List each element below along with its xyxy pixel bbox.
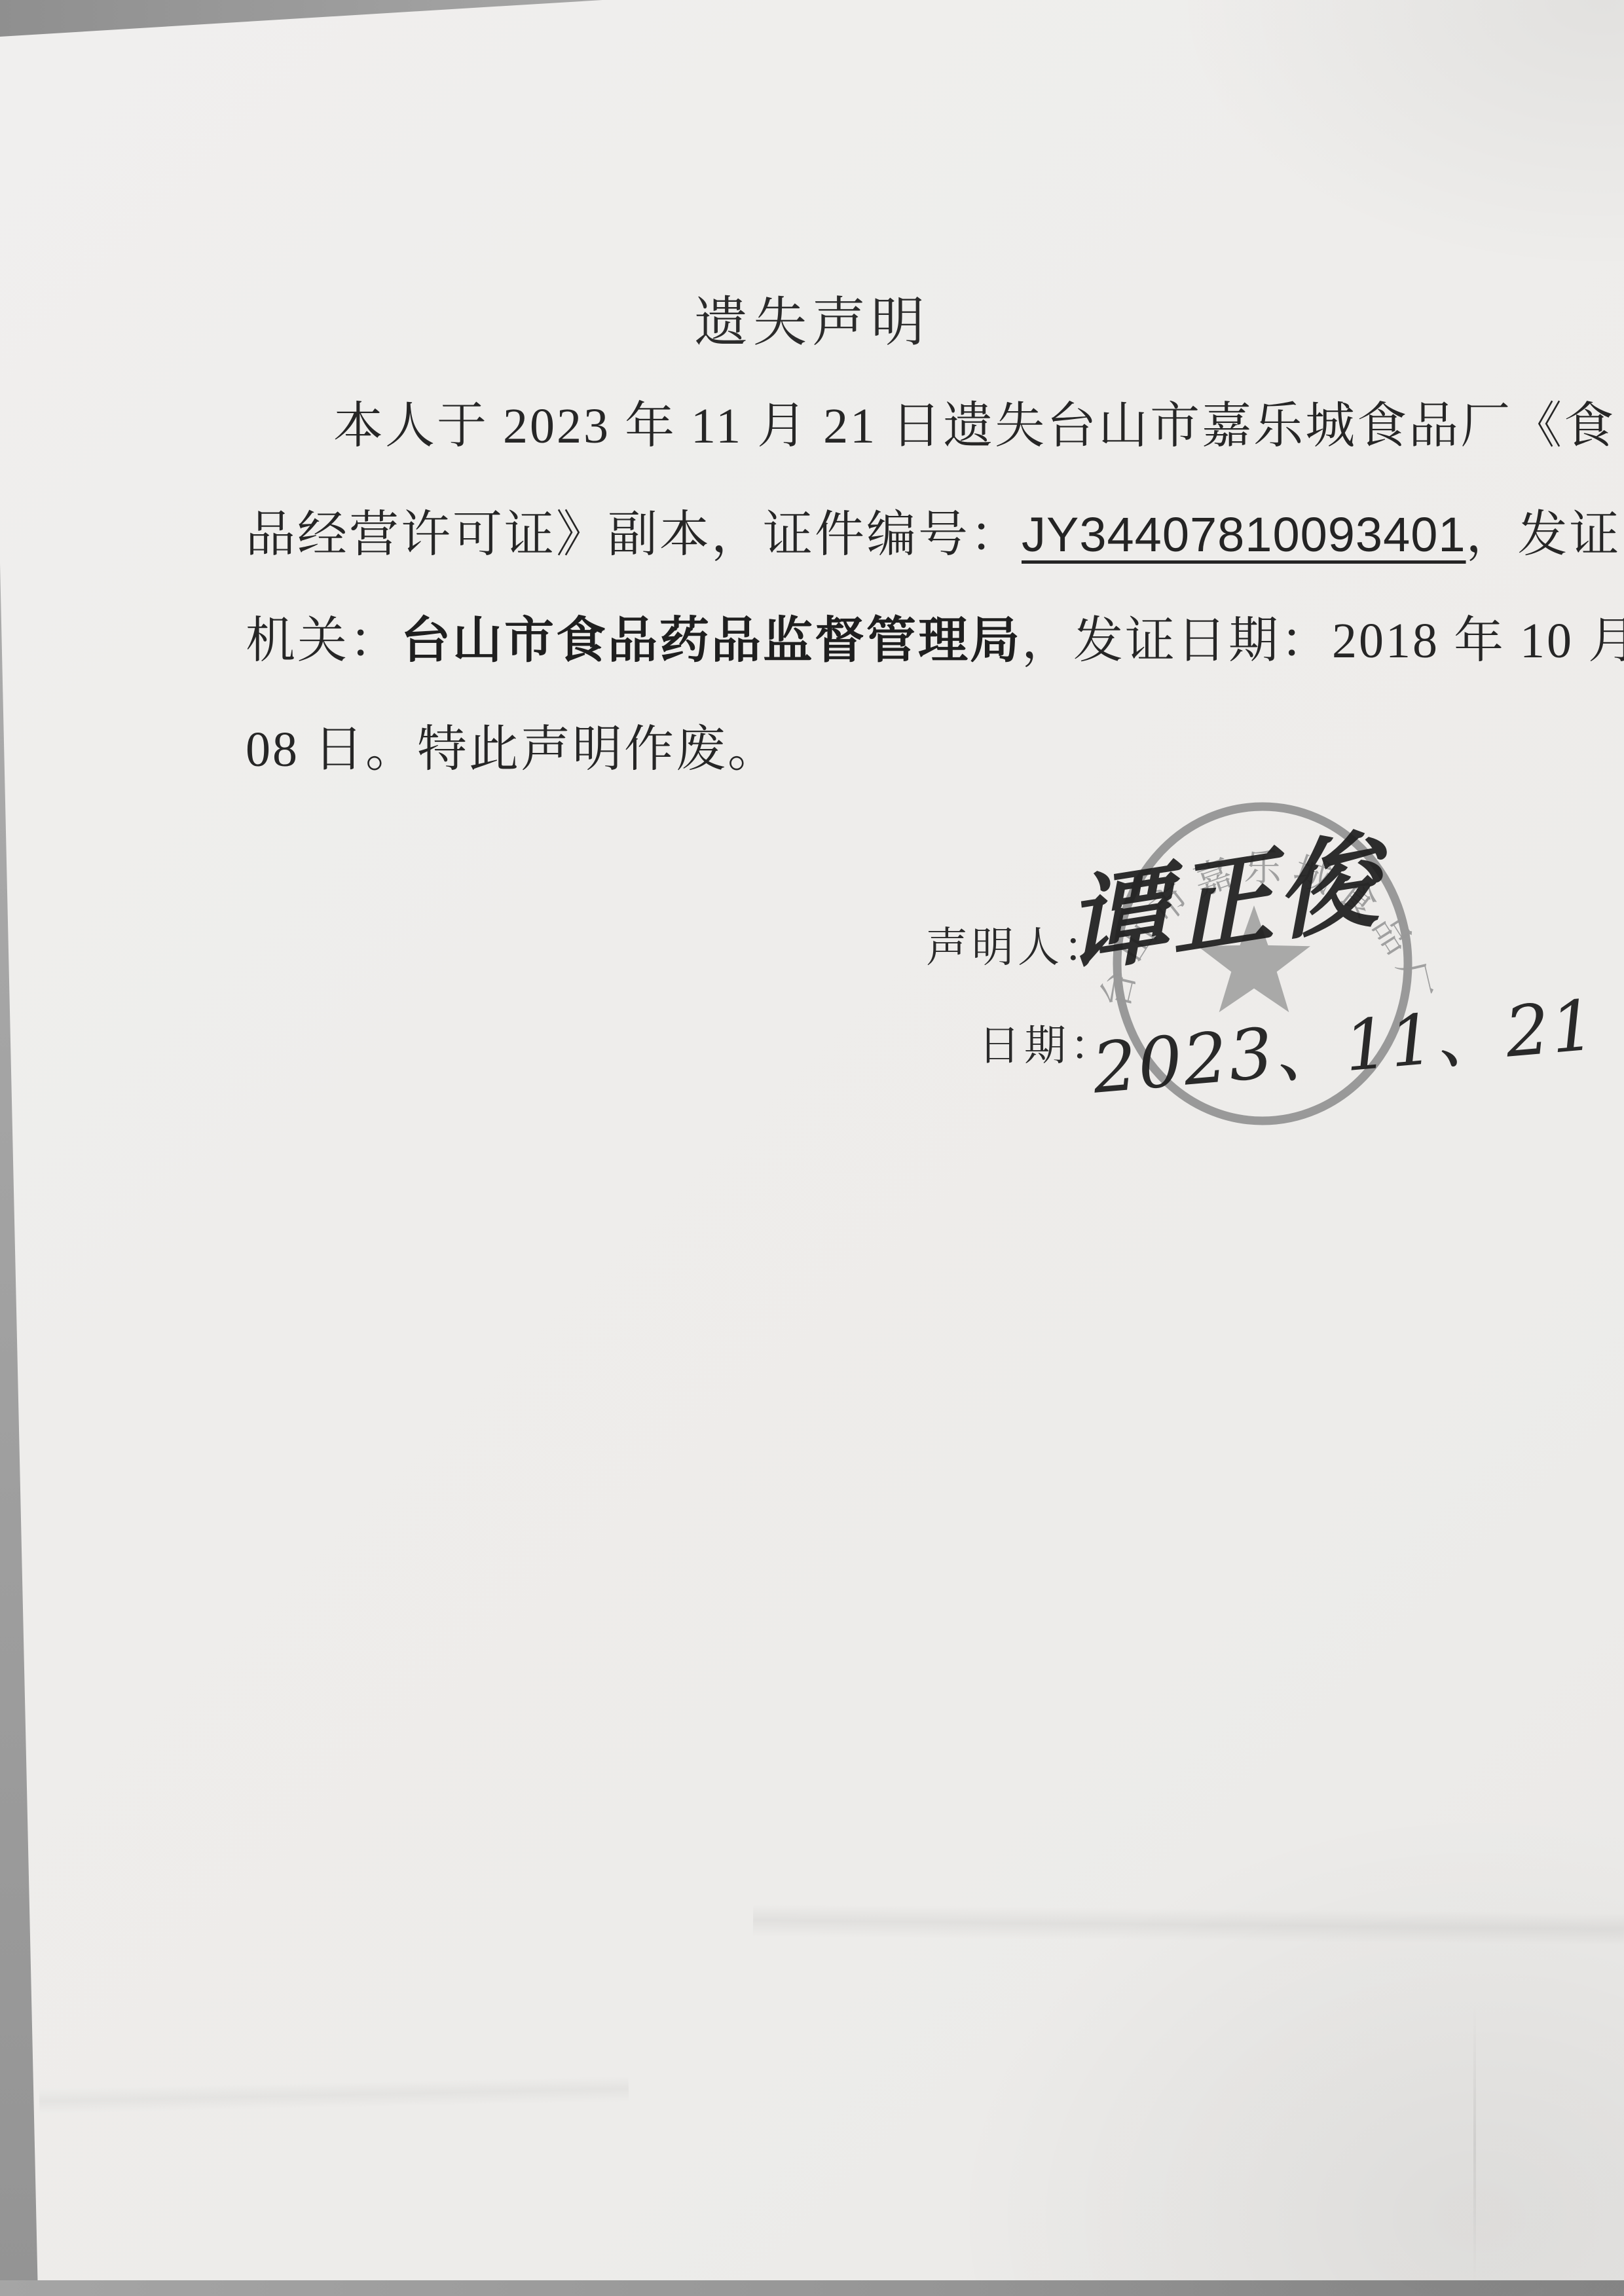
scanner-edge-left [0, 563, 38, 2296]
body-line-1: 本人于 2023 年 11 月 21 日遗失台山市嘉乐城食品厂《食 [246, 397, 1433, 456]
body-line-2-text: 品经营许可证》副本，证件编号： [246, 507, 1022, 562]
body-line-2-tail: ，发证 [1466, 507, 1621, 562]
paper-shadow-top-right [1166, 0, 1624, 275]
body-line-3-text: 机关： [246, 613, 401, 668]
document-title: 遗失声明 [246, 293, 1378, 352]
scanner-edge-bottom [0, 2280, 1624, 2296]
scanned-paper: 遗失声明 本人于 2023 年 11 月 21 日遗失台山市嘉乐城食品厂《食 品… [0, 0, 1624, 2296]
paper-crease-horizontal [753, 1904, 1624, 1946]
body-line-4: 08 日。特此声明作废。 [246, 720, 1346, 780]
body-line-2: 品经营许可证》副本，证件编号：JY34407810093401，发证 [246, 505, 1346, 565]
body-line-3: 机关：台山市食品药品监督管理局，发证日期：2018 年 10 月 [246, 611, 1346, 671]
paper-crease-bottom-left [39, 2076, 629, 2115]
paper-fold-shadow-bottom-right [904, 1772, 1624, 2296]
certificate-number: JY34407810093401 [1022, 507, 1466, 562]
issuing-authority: 台山市食品药品监督管理局 [401, 613, 1022, 668]
paper-crease-vertical [1473, 2003, 1476, 2285]
scanner-edge-top [0, 0, 602, 37]
body-line-3-tail: ，发证日期：2018 年 10 月 [1022, 613, 1624, 668]
